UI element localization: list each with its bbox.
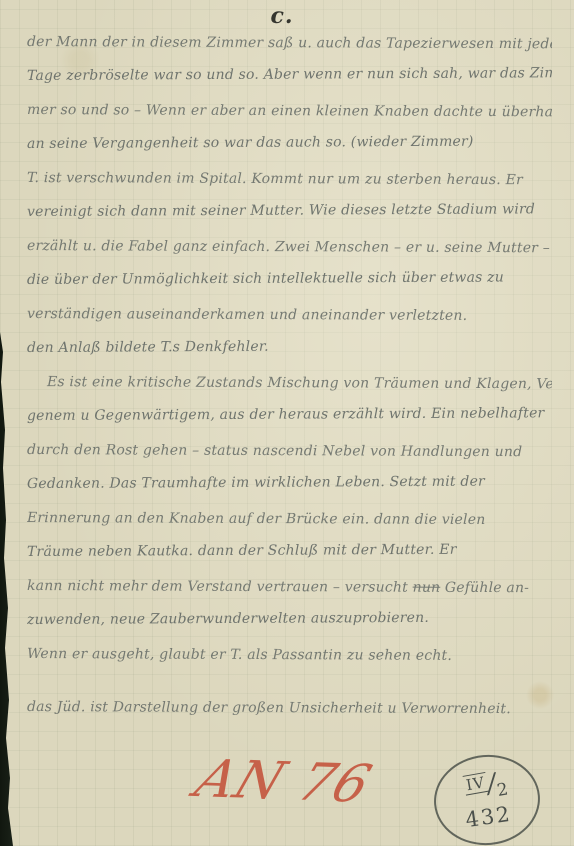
stamp-subdivision: 2: [495, 779, 509, 801]
handwritten-line: an seine Vergangenheit so war das auch s…: [27, 124, 552, 161]
handwritten-line: Tage zerbröselte war so und so. Aber wen…: [27, 56, 552, 93]
handwritten-line: vereinigt sich dann mit seiner Mutter. W…: [27, 192, 552, 229]
struck-word: nun: [413, 580, 441, 596]
handwritten-text: der Mann der in diesem Zimmer saß u. auc…: [27, 25, 552, 724]
handwritten-line: Wenn er ausgeht, glaubt er T. als Passan…: [27, 637, 552, 673]
archive-number-stamp: AN 76: [187, 749, 379, 814]
paragraph: das Jüd. ist Darstellung der großen Unsi…: [27, 690, 552, 724]
handwritten-line: genem u Gegenwärtigem, aus der heraus er…: [27, 396, 552, 433]
paper-torn-edge: [0, 0, 16, 846]
paragraph: der Mann der in diesem Zimmer saß u. auc…: [27, 25, 552, 161]
paragraph: Es ist eine kritische Zustands Mischung …: [27, 365, 552, 637]
handwritten-line: Gedanken. Das Traumhafte im wirklichen L…: [27, 464, 552, 501]
stamp-number: 432: [464, 801, 513, 831]
stamp-roman-numeral: IV: [462, 772, 488, 796]
stamp-fraction: IV/2: [462, 768, 509, 805]
catalog-stamp: IV/2 432: [430, 751, 543, 846]
handwritten-line: zuwenden, neue Zauberwunderwelten auszup…: [27, 600, 552, 637]
paragraph: Wenn er ausgeht, glaubt er T. als Passan…: [27, 637, 552, 671]
handwritten-line: den Anlaß bildete T.s Denkfehler.: [27, 328, 552, 365]
handwritten-line: die über der Unmöglichkeit sich intellek…: [27, 260, 552, 297]
manuscript-page: c. der Mann der in diesem Zimmer saß u. …: [0, 0, 574, 846]
handwritten-line: das Jüd. ist Darstellung der großen Unsi…: [27, 690, 552, 724]
handwritten-line: Träume neben Kautka. dann der Schluß mit…: [27, 532, 552, 569]
paragraph: T. ist verschwunden im Spital. Kommt nur…: [27, 161, 552, 365]
